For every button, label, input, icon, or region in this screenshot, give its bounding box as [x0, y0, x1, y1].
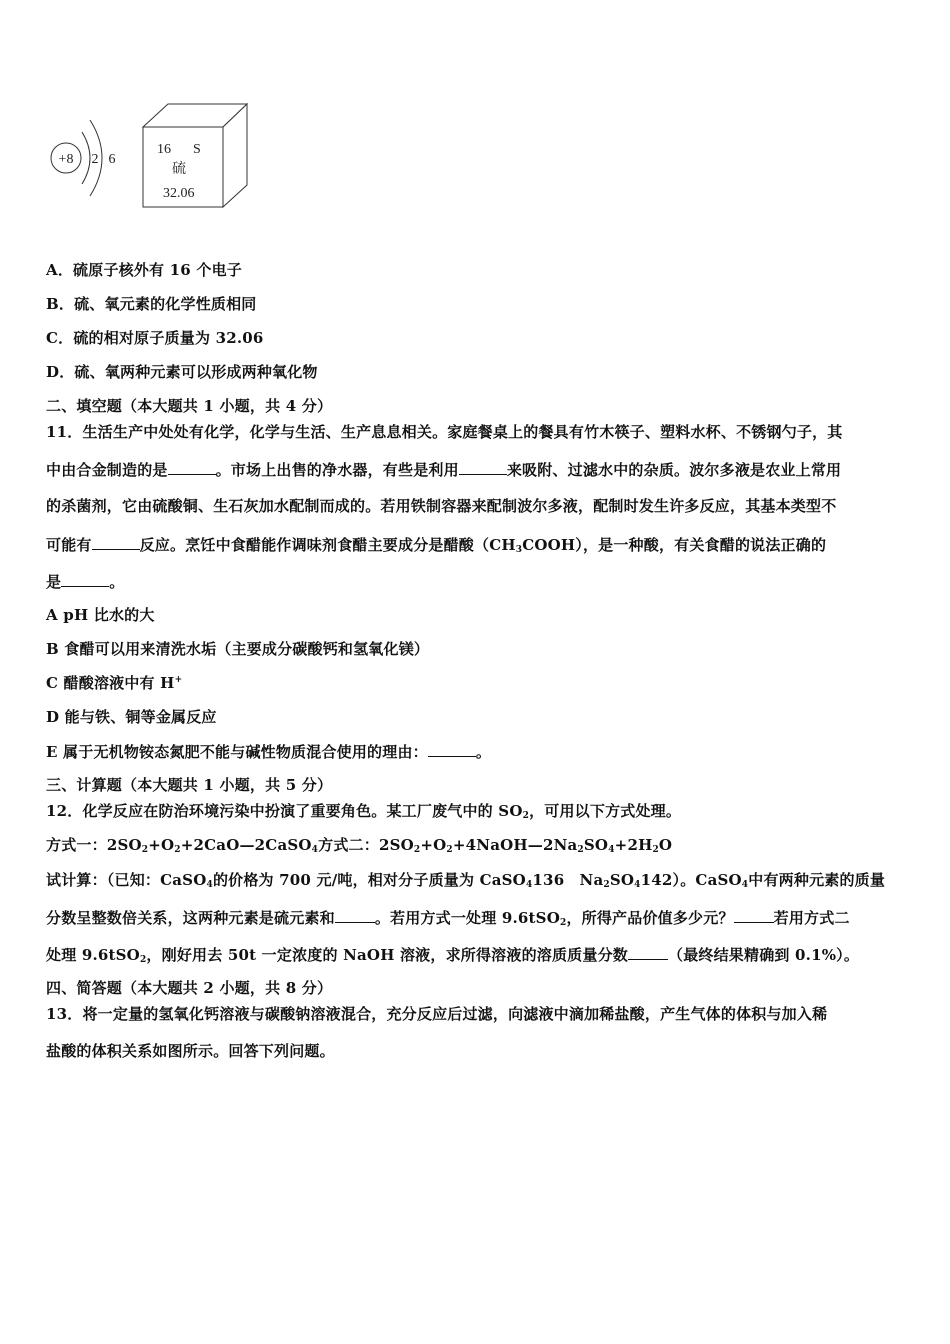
text: C 醋酸溶液中有 H: [46, 674, 175, 692]
text: 处理 9.6tSO: [46, 946, 140, 964]
option-c: C．硫的相对原子质量为 32.06: [46, 328, 264, 348]
method-1-equation: 2SO2+O2+2CaO—2CaSO4: [107, 836, 318, 854]
text: 。: [109, 573, 124, 591]
sulfur-element-cell: 16 S 硫 32.06: [143, 104, 247, 207]
atomic-number: 16: [157, 142, 171, 157]
q11-option-b: B 食醋可以用来清洗水垢（主要成分碳酸钙和氢氧化镁）: [46, 639, 429, 659]
option-label: C．: [46, 329, 73, 347]
text: 中由合金制造的是: [46, 461, 168, 479]
text: 分数呈整数倍关系，这两种元素是硫元素和: [46, 909, 335, 927]
q12-line-5: 处理 9.6tSO2，刚好用去 50t 一定浓度的 NaOH 溶液，求所得溶液的…: [46, 944, 859, 965]
q11-line-4: 可能有反应。烹饪中食醋能作调味剂食醋主要成分是醋酸（CH3COOH），是一种酸，…: [46, 534, 826, 555]
option-label: B．: [46, 295, 74, 313]
option-text: 硫的相对原子质量为 32.06: [73, 329, 263, 347]
text: 来吸附、过滤水中的杂质。波尔多液是农业上常用: [507, 461, 841, 479]
text: SO: [610, 871, 634, 889]
q11-line-1: 11．生活生产中处处有化学，化学与生活、生产息息相关。家庭餐桌上的餐具有竹木筷子…: [46, 422, 842, 442]
section-heading-short-answer: 四、简答题（本大题共 2 小题，共 8 分）: [46, 978, 332, 998]
q11-option-d: D 能与铁、铜等金属反应: [46, 707, 217, 727]
sulfur-oxygen-diagram: +8 2 6 16 S 硫 32.06: [40, 95, 270, 220]
text: 是: [46, 573, 61, 591]
shell-1-electrons: 2: [92, 152, 99, 167]
q11-line-5: 是。: [46, 571, 124, 592]
option-b: B．硫、氧元素的化学性质相同: [46, 294, 257, 314]
option-label: D．: [46, 363, 74, 381]
q11-line-2: 中由合金制造的是。市场上出售的净水器，有些是利用来吸附、过滤水中的杂质。波尔多液…: [46, 459, 841, 480]
answer-blank: [734, 907, 774, 923]
option-text: 硫、氧元素的化学性质相同: [74, 295, 256, 313]
q11-option-a: A pH 比水的大: [46, 605, 155, 625]
q13-line-2: 盐酸的体积关系如图所示。回答下列问题。: [46, 1041, 335, 1061]
option-text: 硫、氧两种元素可以形成两种氧化物: [74, 363, 317, 381]
q12-line-1: 12．化学反应在防治环境污染中扮演了重要角色。某工厂废气中的 SO2，可用以下方…: [46, 801, 681, 821]
q11-option-e: E 属于无机物铵态氮肥不能与碱性物质混合使用的理由：。: [46, 741, 491, 762]
text: COOH），是一种酸，有关食醋的说法正确的: [522, 536, 826, 554]
element-symbol: S: [193, 142, 201, 157]
oxygen-atom-structure-diagram: +8 2 6: [51, 120, 116, 196]
text: ，可用以下方式处理。: [529, 802, 681, 820]
text: 中有两种元素的质量: [748, 871, 885, 889]
text: （最终结果精确到 0.1%）。: [668, 946, 859, 964]
atomic-mass: 32.06: [163, 186, 195, 201]
q12-line-4: 分数呈整数倍关系，这两种元素是硫元素和。若用方式一处理 9.6tSO2，所得产品…: [46, 907, 850, 928]
q12-line-3: 试计算：（已知：CaSO4的价格为 700 元/吨，相对分子质量为 CaSO41…: [46, 870, 885, 890]
option-d: D．硫、氧两种元素可以形成两种氧化物: [46, 362, 318, 382]
text: E 属于无机物铵态氮肥不能与碱性物质混合使用的理由：: [46, 743, 428, 761]
option-text: 硫原子核外有 16 个电子: [73, 261, 242, 279]
text: ，刚好用去 50t 一定浓度的 NaOH 溶液，求所得溶液的溶质质量分数: [146, 946, 628, 964]
element-name: 硫: [172, 161, 186, 177]
nucleus-charge: +8: [59, 152, 74, 167]
answer-blank: [628, 944, 668, 960]
q12-equations: 方式一：2SO2+O2+2CaO—2CaSO4方式二：2SO2+O2+4NaOH…: [46, 835, 672, 855]
method-2-label: 方式二：: [318, 836, 379, 854]
text: 的价格为 700 元/吨，相对分子质量为 CaSO: [213, 871, 526, 889]
option-a: A．硫原子核外有 16 个电子: [46, 260, 242, 280]
answer-blank: [428, 741, 476, 757]
answer-blank: [335, 907, 375, 923]
text: 12．化学反应在防治环境污染中扮演了重要角色。某工厂废气中的 SO: [46, 802, 523, 820]
section-heading-fill-in: 二、填空题（本大题共 1 小题，共 4 分）: [46, 396, 332, 416]
text: 试计算：（已知：CaSO: [46, 871, 206, 889]
text: 142）。CaSO: [641, 871, 742, 889]
text: 。: [476, 743, 491, 761]
q13-line-1: 13．将一定量的氢氧化钙溶液与碳酸钠溶液混合，充分反应后过滤，向滤液中滴加稀盐酸…: [46, 1004, 827, 1024]
answer-blank: [92, 534, 140, 550]
q11-option-c: C 醋酸溶液中有 H+: [46, 673, 182, 693]
answer-blank: [459, 459, 507, 475]
text: 反应。烹饪中食醋能作调味剂食醋主要成分是醋酸（CH: [140, 536, 516, 554]
answer-blank: [168, 459, 216, 475]
text: 136 Na: [532, 871, 603, 889]
text: 可能有: [46, 536, 92, 554]
option-label: A．: [46, 261, 73, 279]
text: 。若用方式一处理 9.6tSO: [375, 909, 560, 927]
answer-blank: [61, 571, 109, 587]
text: 。市场上出售的净水器，有些是利用: [216, 461, 459, 479]
q11-line-3: 的杀菌剂，它由硫酸铜、生石灰加水配制而成的。若用铁制容器来配制波尔多液，配制时发…: [46, 496, 836, 516]
method-1-label: 方式一：: [46, 836, 107, 854]
shell-2-electrons: 6: [109, 152, 116, 167]
section-heading-calculation: 三、计算题（本大题共 1 小题，共 5 分）: [46, 775, 332, 795]
superscript: +: [175, 675, 183, 685]
text: 若用方式二: [774, 909, 850, 927]
text: ，所得产品价值多少元？: [566, 909, 733, 927]
method-2-equation: 2SO2+O2+4NaOH—2Na2SO4+2H2O: [379, 836, 672, 854]
